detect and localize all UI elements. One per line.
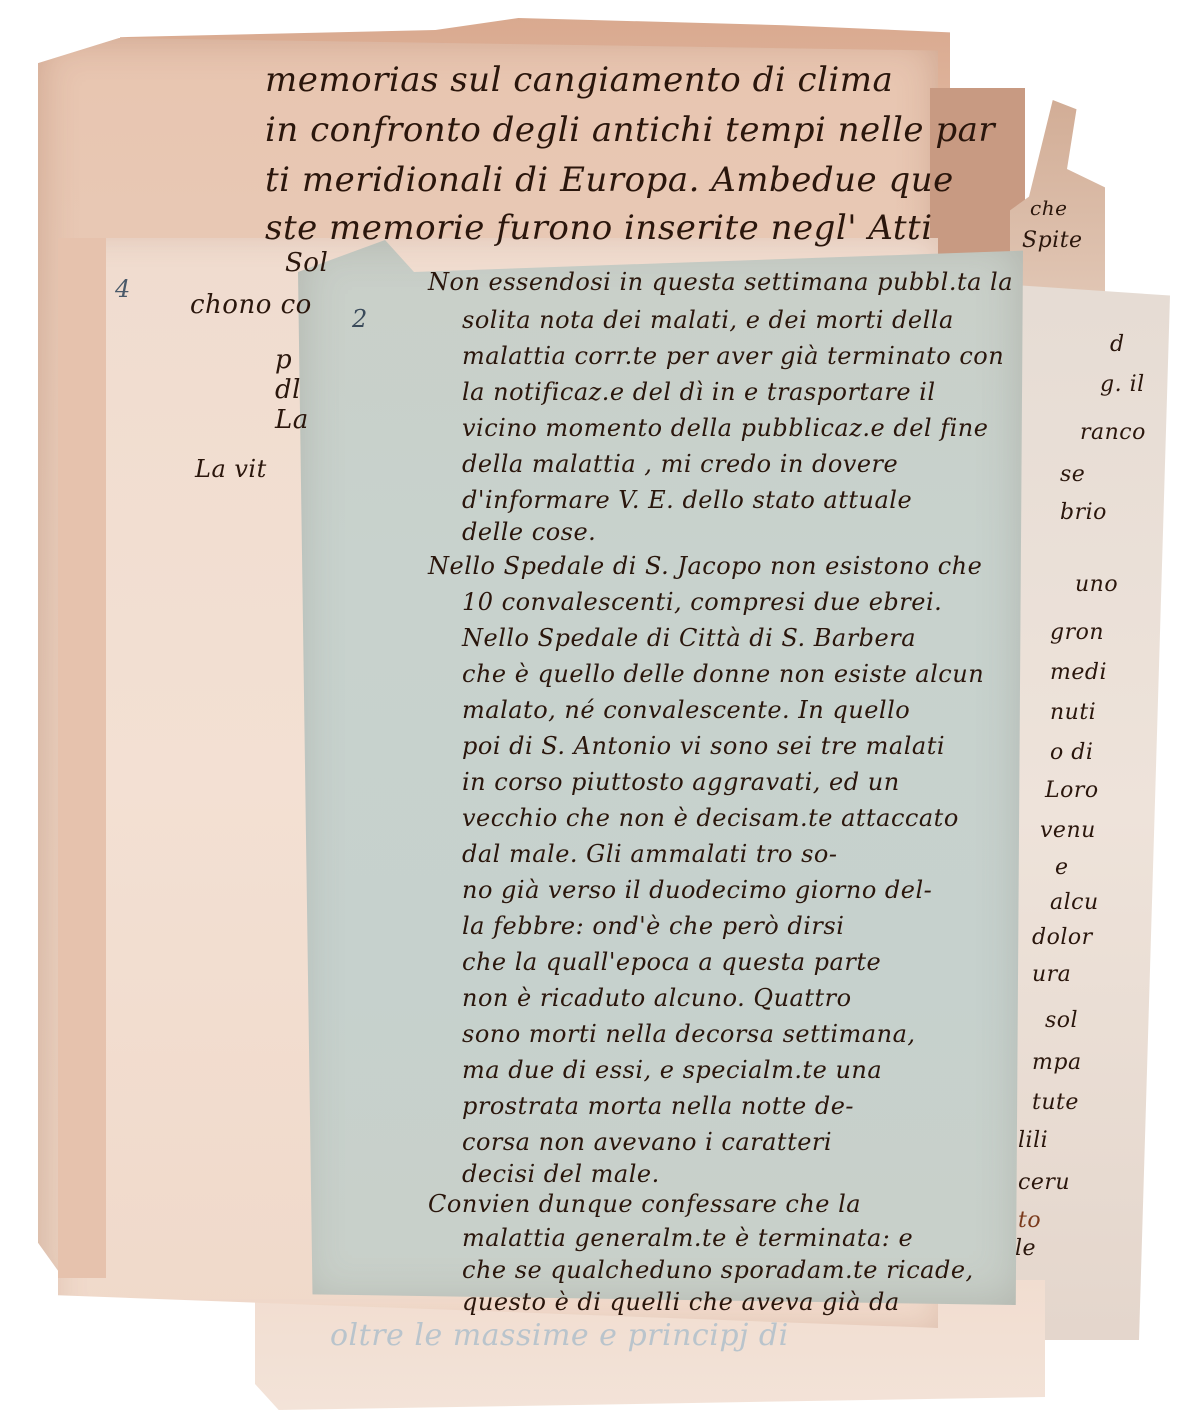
- page-number-4: 4: [115, 275, 131, 303]
- text-line: che se qualcheduno sporadam.te ricade,: [462, 1256, 974, 1284]
- text-line: la febbre: ond'è che però dirsi: [462, 912, 844, 940]
- text-line: che è quello delle donne non esiste alcu…: [462, 660, 984, 688]
- text-line: no già verso il duodecimo giorno del-: [462, 876, 932, 904]
- text-line: malato, né convalescente. In quello: [462, 696, 910, 724]
- text-line: Nello Spedale di Città di S. Barbera: [462, 624, 916, 652]
- text-line: ma due di essi, e specialm.te una: [462, 1056, 882, 1084]
- fragment: che: [1030, 196, 1067, 220]
- text-line: Non essendosi in questa settimana pubbl.…: [428, 268, 1013, 296]
- text-line: prostrata morta nella notte de-: [462, 1092, 854, 1120]
- text-line: malattia generalm.te è terminata: e: [462, 1224, 913, 1252]
- fragment: ranco: [1080, 420, 1146, 445]
- text-line: malattia corr.te per aver già terminato …: [462, 342, 1004, 370]
- fragment: e: [1055, 855, 1069, 880]
- fragment: se: [1060, 462, 1085, 487]
- text-line: decisi del male.: [462, 1160, 660, 1188]
- text-line: corsa non avevano i caratteri: [462, 1128, 832, 1156]
- fragment: sol: [1045, 1008, 1078, 1033]
- back-sheet-line: memorias sul cangiamento di clima: [265, 60, 893, 100]
- text-line: poi di S. Antonio vi sono sei tre malati: [462, 732, 945, 760]
- fragment: gron: [1050, 620, 1104, 645]
- fragment: dolor: [1032, 925, 1093, 950]
- text-line: Convien dunque confessare che la: [428, 1190, 861, 1218]
- text-line: dal male. Gli ammalati tro so-: [462, 840, 837, 868]
- page-number-2: 2: [352, 305, 368, 333]
- middle-sheet-fragment: La vit: [195, 455, 267, 483]
- fragment: d: [1110, 332, 1125, 357]
- fragment: mpa: [1032, 1050, 1082, 1075]
- text-line: delle cose.: [462, 518, 596, 546]
- text-line: d'informare V. E. dello stato attuale: [462, 486, 912, 514]
- text-line: la notificaz.e del dì in e trasportare i…: [462, 378, 936, 406]
- fragment: lili: [1018, 1128, 1048, 1153]
- middle-sheet-fragment: p: [275, 345, 292, 375]
- fragment: uno: [1075, 572, 1118, 597]
- fragment: le: [1015, 1236, 1036, 1261]
- back-sheet-line: ste memorie furono inserite negl' Atti: [265, 208, 933, 248]
- text-line: vecchio che non è decisam.te attaccato: [462, 804, 959, 832]
- middle-sheet-fragment: Sol: [285, 248, 328, 278]
- fragment: ceru: [1018, 1170, 1070, 1195]
- fragment: to: [1018, 1208, 1041, 1233]
- text-line: Nello Spedale di S. Jacopo non esistono …: [428, 552, 982, 580]
- text-line: in corso piuttosto aggravati, ed un: [462, 768, 900, 796]
- fragment: nuti: [1050, 700, 1096, 725]
- middle-sheet-fragment: dl: [275, 375, 301, 405]
- back-sheet-line: in confronto degli antichi tempi nelle p…: [265, 110, 995, 150]
- text-line: non è ricaduto alcuno. Quattro: [462, 984, 852, 1012]
- fragment: o di: [1050, 740, 1093, 765]
- text-line: della malattia , mi credo in dovere: [462, 450, 898, 478]
- text-line: vicino momento della pubblicaz.e del fin…: [462, 414, 988, 442]
- fragment: Spite: [1022, 228, 1083, 253]
- fragment: venu: [1040, 818, 1096, 843]
- text-line: questo è di quelli che aveva già da: [462, 1288, 900, 1316]
- fragment: brio: [1060, 500, 1107, 525]
- faded-bottom-line: oltre le massime e principj di: [330, 1318, 789, 1353]
- fragment: medi: [1050, 660, 1107, 685]
- fragment: tute: [1032, 1090, 1079, 1115]
- text-line: solita nota dei malati, e dei morti dell…: [462, 306, 954, 334]
- middle-sheet-fragment: chono co: [190, 290, 312, 320]
- text-line: 10 convalescenti, compresi due ebrei.: [462, 588, 942, 616]
- middle-sheet-fragment: La: [275, 405, 309, 435]
- fragment: g. il: [1100, 372, 1145, 397]
- fragment: Loro: [1045, 778, 1099, 803]
- fragment: alcu: [1050, 890, 1099, 915]
- fragment: ura: [1032, 962, 1071, 987]
- text-line: sono morti nella decorsa settimana,: [462, 1020, 916, 1048]
- text-line: che la quall'epoca a questa parte: [462, 948, 881, 976]
- middle-sheet-fold: [58, 238, 106, 1278]
- back-sheet-line: ti meridionali di Europa. Ambedue que: [265, 160, 954, 200]
